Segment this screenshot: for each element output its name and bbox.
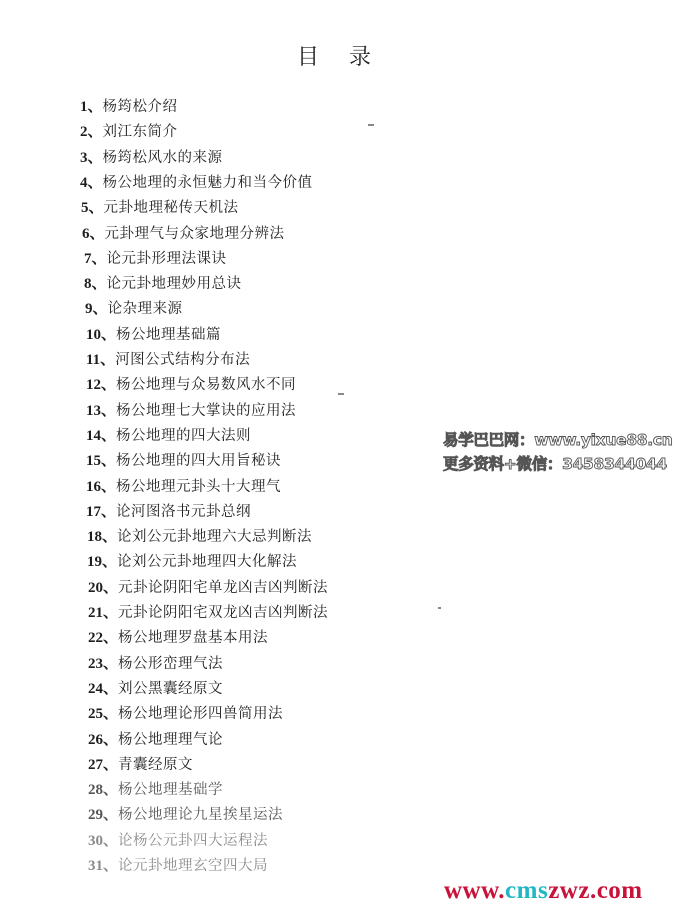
toc-item-number: 6、	[82, 226, 105, 242]
toc-item-number: 16、	[86, 479, 116, 495]
watermark: 易学巴巴网：www.yixue88.cn 更多资料+微信：3458344044	[443, 428, 693, 476]
toc-item-title: 杨公地理基础篇	[116, 327, 221, 343]
toc-item[interactable]: 26、杨公地理理气论	[88, 728, 223, 752]
toc-item-number: 18、	[87, 529, 117, 545]
toc-item-title: 刘江东简介	[103, 124, 178, 140]
toc-item-number: 21、	[88, 605, 118, 621]
toc-item-title: 杨筠松风水的来源	[103, 150, 223, 166]
toc-item[interactable]: 8、论元卦地理妙用总诀	[84, 272, 242, 296]
toc-item[interactable]: 12、杨公地理与众易数风水不同	[86, 373, 296, 397]
toc-item-number: 31、	[88, 858, 118, 874]
toc-item-number: 28、	[88, 782, 118, 798]
toc-item-title: 论刘公元卦地理六大忌判断法	[117, 529, 312, 545]
toc-item-number: 19、	[87, 554, 117, 570]
toc-item[interactable]: 25、杨公地理论形四兽简用法	[88, 702, 283, 726]
toc-item[interactable]: 27、青囊经原文	[88, 753, 193, 777]
toc-item[interactable]: 11、河图公式结构分布法	[86, 348, 250, 372]
toc-item[interactable]: 19、论刘公元卦地理四大化解法	[87, 550, 297, 574]
toc-item-title: 青囊经原文	[118, 757, 193, 773]
toc-item[interactable]: 20、元卦论阴阳宅单龙凶吉凶判断法	[88, 576, 328, 600]
toc-item[interactable]: 21、元卦论阴阳宅双龙凶吉凶判断法	[88, 601, 328, 625]
toc-item-number: 29、	[88, 807, 118, 823]
toc-item-number: 24、	[88, 681, 118, 697]
toc-item[interactable]: 18、论刘公元卦地理六大忌判断法	[87, 525, 312, 549]
toc-item-title: 元卦地理秘传天机法	[104, 200, 239, 216]
toc-item-title: 论元卦形理法课诀	[107, 251, 227, 267]
watermark-line-1: 易学巴巴网：www.yixue88.cn	[443, 428, 693, 452]
toc-item-number: 11、	[86, 352, 115, 368]
toc-item[interactable]: 4、杨公地理的永恒魅力和当今价值	[80, 171, 313, 195]
toc-item-title: 杨公地理的四大法则	[116, 428, 251, 444]
toc-item-number: 15、	[86, 453, 116, 469]
watermark-line-2: 更多资料+微信：3458344044	[443, 452, 693, 476]
toc-item-title: 论河图洛书元卦总纲	[116, 504, 251, 520]
toc-item[interactable]: 28、杨公地理基础学	[88, 778, 223, 802]
scan-speck	[338, 393, 344, 395]
toc-item-number: 22、	[88, 630, 118, 646]
scan-speck	[368, 124, 374, 126]
toc-item[interactable]: 22、杨公地理罗盘基本用法	[88, 626, 268, 650]
toc-item-title: 杨公形峦理气法	[118, 656, 223, 672]
scan-speck	[438, 607, 441, 609]
toc-item[interactable]: 10、杨公地理基础篇	[86, 323, 221, 347]
toc-item-number: 25、	[88, 706, 118, 722]
toc-item-title: 杨公地理元卦头十大理气	[116, 479, 281, 495]
toc-item-title: 杨公地理理气论	[118, 732, 223, 748]
toc-item[interactable]: 2、刘江东简介	[80, 120, 178, 144]
toc-item-title: 杨公地理的四大用旨秘诀	[116, 453, 281, 469]
toc-item[interactable]: 15、杨公地理的四大用旨秘诀	[86, 449, 281, 473]
toc-item-number: 2、	[80, 124, 103, 140]
toc-item-number: 1、	[80, 99, 103, 115]
toc-item-number: 10、	[86, 327, 116, 343]
toc-item-title: 杨公地理论形四兽简用法	[118, 706, 283, 722]
site-part-1: www.	[444, 877, 505, 904]
toc-item-title: 杨筠松介绍	[103, 99, 178, 115]
toc-item-title: 论元卦地理玄空四大局	[118, 858, 268, 874]
toc-item-number: 27、	[88, 757, 118, 773]
toc-item-title: 论元卦地理妙用总诀	[107, 276, 242, 292]
toc-item-number: 30、	[88, 833, 118, 849]
toc-item[interactable]: 29、杨公地理论九星挨星运法	[88, 803, 283, 827]
toc-item[interactable]: 14、杨公地理的四大法则	[86, 424, 251, 448]
toc-item-title: 杨公地理罗盘基本用法	[118, 630, 268, 646]
toc-item-number: 5、	[81, 200, 104, 216]
toc-item-number: 14、	[86, 428, 116, 444]
toc-item-number: 3、	[80, 150, 103, 166]
toc-item-number: 7、	[84, 251, 107, 267]
toc-item-title: 元卦理气与众家地理分辨法	[105, 226, 285, 242]
toc-item-title: 论杨公元卦四大运程法	[118, 833, 268, 849]
toc-item[interactable]: 6、元卦理气与众家地理分辨法	[82, 222, 285, 246]
toc-item-title: 元卦论阴阳宅单龙凶吉凶判断法	[118, 580, 328, 596]
toc-item-number: 9、	[85, 301, 108, 317]
toc-item[interactable]: 17、论河图洛书元卦总纲	[86, 500, 251, 524]
toc-item-number: 8、	[84, 276, 107, 292]
toc-item[interactable]: 24、刘公黑囊经原文	[88, 677, 223, 701]
toc-item[interactable]: 30、论杨公元卦四大运程法	[88, 829, 268, 853]
toc-item[interactable]: 31、论元卦地理玄空四大局	[88, 854, 268, 878]
title-char-2: 录	[349, 40, 371, 71]
toc-item-number: 20、	[88, 580, 118, 596]
toc-item-number: 12、	[86, 377, 116, 393]
toc-item[interactable]: 13、杨公地理七大掌诀的应用法	[86, 399, 296, 423]
toc-item-title: 杨公地理与众易数风水不同	[116, 377, 296, 393]
toc-item-title: 杨公地理论九星挨星运法	[118, 807, 283, 823]
toc-item-number: 26、	[88, 732, 118, 748]
site-part-2: cms	[505, 877, 548, 904]
toc-item[interactable]: 9、论杂理来源	[85, 297, 183, 321]
toc-item-title: 河图公式结构分布法	[115, 352, 250, 368]
toc-item-number: 17、	[86, 504, 116, 520]
toc-item[interactable]: 7、论元卦形理法课诀	[84, 247, 227, 271]
title-char-1: 目	[297, 40, 319, 71]
toc-item[interactable]: 5、元卦地理秘传天机法	[81, 196, 239, 220]
footer-site-link[interactable]: www.cmszwz.com	[444, 877, 643, 905]
toc-item-title: 杨公地理七大掌诀的应用法	[116, 403, 296, 419]
toc-item-number: 4、	[80, 175, 103, 191]
toc-item-title: 元卦论阴阳宅双龙凶吉凶判断法	[118, 605, 328, 621]
toc-item[interactable]: 3、杨筠松风水的来源	[80, 146, 223, 170]
site-part-3: zwz.com	[548, 877, 642, 904]
toc-item-number: 23、	[88, 656, 118, 672]
toc-item-title: 杨公地理的永恒魅力和当今价值	[103, 175, 313, 191]
toc-item-title: 刘公黑囊经原文	[118, 681, 223, 697]
toc-item-title: 杨公地理基础学	[118, 782, 223, 798]
toc-item-title: 论刘公元卦地理四大化解法	[117, 554, 297, 570]
toc-item[interactable]: 1、杨筠松介绍	[80, 95, 178, 119]
toc-item[interactable]: 16、杨公地理元卦头十大理气	[86, 475, 281, 499]
toc-item-number: 13、	[86, 403, 116, 419]
toc-item-title: 论杂理来源	[108, 301, 183, 317]
toc-item[interactable]: 23、杨公形峦理气法	[88, 652, 223, 676]
